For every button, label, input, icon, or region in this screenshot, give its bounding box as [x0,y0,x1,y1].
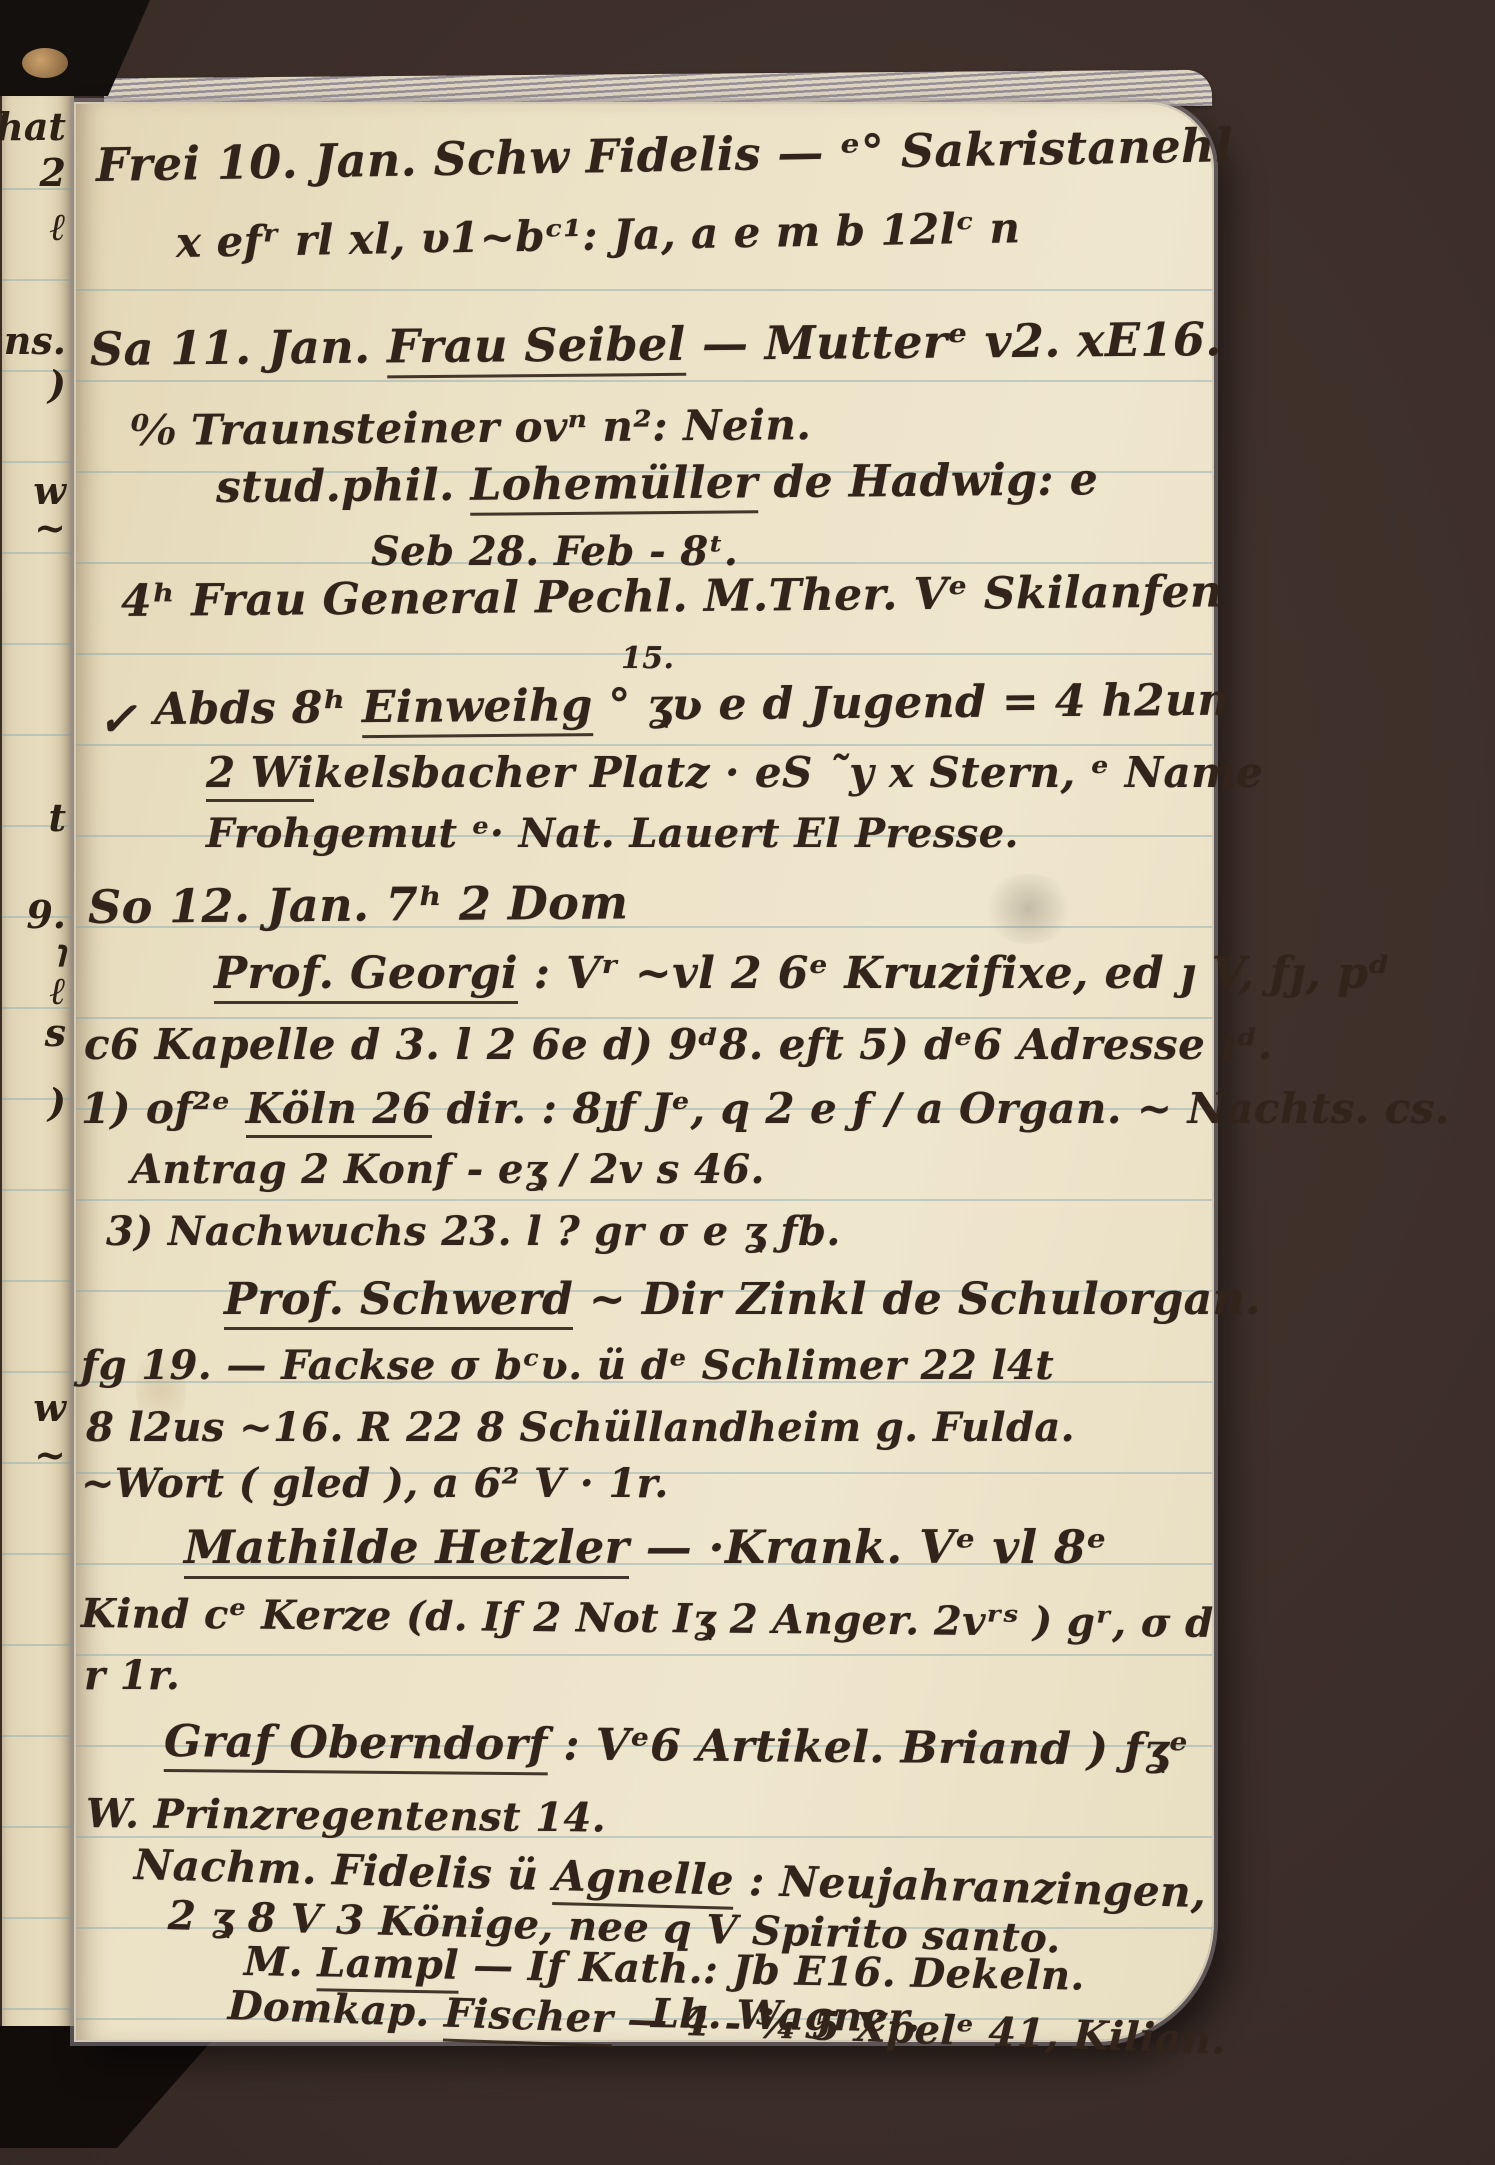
line-segment: de Hadwig: e [758,454,1099,508]
line-segment: ✓ [98,692,137,746]
handwritten-line: c6 Kapelle d 3. l 2 6e d) 9ᵈ8. eƒt 5) dᵉ… [84,1024,1273,1066]
handwritten-line: x efʳ rl xl, υ1~bᶜ¹: Ja, a e m b 12lᶜ n [176,207,1021,264]
line-segment: Abds 8ʰ [154,682,362,735]
prev-page-fragment: ns. [4,318,66,363]
handwritten-line: 1) oƒ²ᵉ Köln 26 dir. : 8ȷƒ Jᵉ, q 2 e ƒ /… [81,1088,1450,1130]
binding-spine-bottom [0,2026,225,2148]
handwritten-line: Graf Oberndorf : Vᵉ6 Artikel. Briand ) ƒ… [164,1720,1189,1773]
line-segment: Domkap. [227,1982,445,2037]
binding-glue-spot [22,48,68,78]
handwritten-line: Antrag 2 Konf - eʓ / 2v s 46. [131,1150,765,1190]
line-segment: Frei 10. Jan. Schw Fidelis — ᵉ° Sakrista… [96,118,1234,192]
line-segment: : Vᵉ6 Artikel. Briand ) ƒʓᵉ [547,1719,1189,1776]
handwritten-line: ⁰⁄₀ Traunsteiner ovⁿ n²: Nein. [131,404,812,452]
handwritten-line: 4ʰ Frau General Pechl. M.Ther. Vᵉ Skilan… [121,570,1223,624]
line-segment: Lb. Wagner. [651,1990,921,2042]
handwritten-line: r 1r. [84,1656,180,1696]
handwritten-line: Mathilde Hetzler — ·Krank. Vᵉ vl 8ᵉ [184,1524,1107,1570]
handwritten-line: 15. [621,644,674,674]
prev-page-fragment: ) [48,362,66,407]
line-segment: 3) Nachwuchs 23. l ? gr σ e ʓ ƒb. [106,1208,841,1255]
line-segment: M. [244,1938,318,1986]
handwritten-line: 3) Nachwuchs 23. l ? gr σ e ʓ ƒb. [106,1212,841,1252]
handwritten-line: ƒg 19. — Fackse σ bᶜʋ. ü dᵉ Schlimer 22 … [81,1346,1054,1386]
prev-page-ink: chat2ℓns.)w~t9.℩ℓs)w~ [2,92,74,2040]
handwritten-line: So 12. Jan. 7ʰ 2 Dom [88,879,629,930]
prev-page-fragment: s [45,1010,66,1055]
line-segment: stud.phil. [216,460,471,513]
underlined-name: Einweihg [362,680,593,738]
prev-page-fragment: ℓ [50,968,66,1014]
line-segment: Nachm. Fidelis ü [133,1840,554,1900]
line-segment: — Iƒ Kath.: Jb E16. Dekeln. [458,1942,1085,2000]
line-segment: 1) oƒ²ᵉ [81,1084,246,1133]
line-segment: x efʳ rl xl, υ1~bᶜ¹: Ja, a e m b 12lᶜ n [176,203,1021,267]
line-segment: ~ Dir Zinkl de Schulorgan. [573,1274,1260,1325]
photo-backdrop: chat2ℓns.)w~t9.℩ℓs)w~ Frei 10. Jan. Schw… [0,0,1495,2165]
handwritten-line: 8 l2us ~16. R 22 8 Schüllandheim g. Fuld… [86,1408,1075,1448]
notebook-page: Frei 10. Jan. Schw Fidelis — ᵉ° Sakrista… [76,104,1212,2040]
underlined-name: Graf Oberndorf [164,1716,548,1775]
line-segment: ° ʓʋ e d Jugend = 4 h2un [592,675,1230,732]
previous-page-sliver: chat2ℓns.)w~t9.℩ℓs)w~ [2,92,74,2040]
handwritten-line: Prof. Georgi : Vʳ ~vl 2 6ᵉ Kruzifixe, ed… [214,952,1391,996]
prev-page-fragment: chat [0,104,66,149]
line-segment: Antrag 2 Konf - eʓ / 2v s 46. [131,1146,765,1193]
line-segment: Seb 28. Feb - 8ᵗ. [371,528,738,575]
line-segment: ⁰⁄₀ Traunsteiner ovⁿ n²: Nein. [131,400,812,455]
underlined-name: Lohemüller [470,457,758,516]
line-segment: kelsbacher Platz · eS ˜y x Stern, ᵉ Name [314,748,1263,797]
handwritten-line: Lb. Wagner. [651,1994,921,2039]
line-segment: Frohgemut ᵉ· Nat. Lauert El Presse. [206,810,1019,857]
underlined-name: 2 Wi [206,748,314,802]
handwritten-line: ~Wort ( gled ), a 6² V · 1r. [81,1464,669,1504]
underlined-name: Frau Seibel [387,317,686,379]
underlined-name: Mathilde Hetzler [184,1520,629,1579]
handwritten-line: stud.phil. Lohemüller de Hadwig: e [216,458,1099,510]
line-segment: W. Prinzregentenst 14. [86,1790,606,1842]
prev-page-fragment: ℓ [50,204,66,250]
line-segment: ~Wort ( gled ), a 6² V · 1r. [81,1460,669,1507]
underlined-name: Prof. Georgi [214,948,518,1004]
underlined-name: Agnelle [553,1851,735,1910]
line-segment: 4ʰ Frau General Pechl. M.Ther. Vᵉ Skilan… [121,566,1223,627]
line-segment: Sa 11. Jan. [90,319,387,376]
handwritten-line: ✓ [98,696,137,742]
prev-page-fragment: ~ [34,1432,66,1477]
line-segment: 15. [621,641,674,676]
handwritten-line: Abds 8ʰ Einweihg ° ʓʋ e d Jugend = 4 h2u… [154,679,1230,732]
line-segment: ƒg 19. — Fackse σ bᶜʋ. ü dᵉ Schlimer 22 … [81,1342,1054,1389]
handwritten-line: Kind cᵉ Kerze (d. Iƒ 2 Not Iʓ 2 Anger. 2… [81,1594,1214,1644]
line-segment: — Mutterᵉ v2. xE16. [685,312,1222,371]
prev-page-fragment: t [48,795,66,840]
prev-page-fragment: w [33,1385,66,1430]
prev-page-fragment: 2 [40,150,66,195]
handwritten-line: Frohgemut ᵉ· Nat. Lauert El Presse. [206,814,1019,854]
handwritten-line: Seb 28. Feb - 8ᵗ. [371,532,738,572]
prev-page-fragment: ) [48,1080,66,1125]
line-segment: r 1r. [84,1652,180,1699]
line-segment: c6 Kapelle d 3. l 2 6e d) 9ᵈ8. eƒt 5) dᵉ… [84,1020,1273,1069]
handwritten-line: Prof. Schwerd ~ Dir Zinkl de Schulorgan. [224,1278,1261,1322]
underlined-name: Prof. Schwerd [224,1274,573,1330]
ink-layer: Frei 10. Jan. Schw Fidelis — ᵉ° Sakrista… [76,104,1212,2040]
underlined-name: Fischer [443,1990,614,2048]
prev-page-fragment: ~ [34,505,66,550]
line-segment: — ·Krank. Vᵉ vl 8ᵉ [629,1520,1107,1574]
line-segment: So 12. Jan. 7ʰ 2 Dom [88,875,629,934]
handwritten-line: 2 Wikelsbacher Platz · eS ˜y x Stern, ᵉ … [206,752,1263,794]
line-segment: : Vʳ ~vl 2 6ᵉ Kruzifixe, ed ȷ V, ƒȷ, pᵈ [518,948,1391,999]
handwritten-line: W. Prinzregentenst 14. [86,1794,606,1839]
line-segment: 8 l2us ~16. R 22 8 Schüllandheim g. Fuld… [86,1404,1075,1451]
handwritten-line: Sa 11. Jan. Frau Seibel — Mutterᵉ v2. xE… [90,316,1222,372]
handwritten-line: Frei 10. Jan. Schw Fidelis — ᵉ° Sakrista… [96,122,1234,188]
underlined-name: Köln 26 [246,1084,432,1138]
line-segment: Kind cᵉ Kerze (d. Iƒ 2 Not Iʓ 2 Anger. 2… [81,1590,1214,1647]
line-segment: dir. : 8ȷƒ Jᵉ, q 2 e ƒ / a Organ. ~ Nach… [432,1084,1450,1133]
